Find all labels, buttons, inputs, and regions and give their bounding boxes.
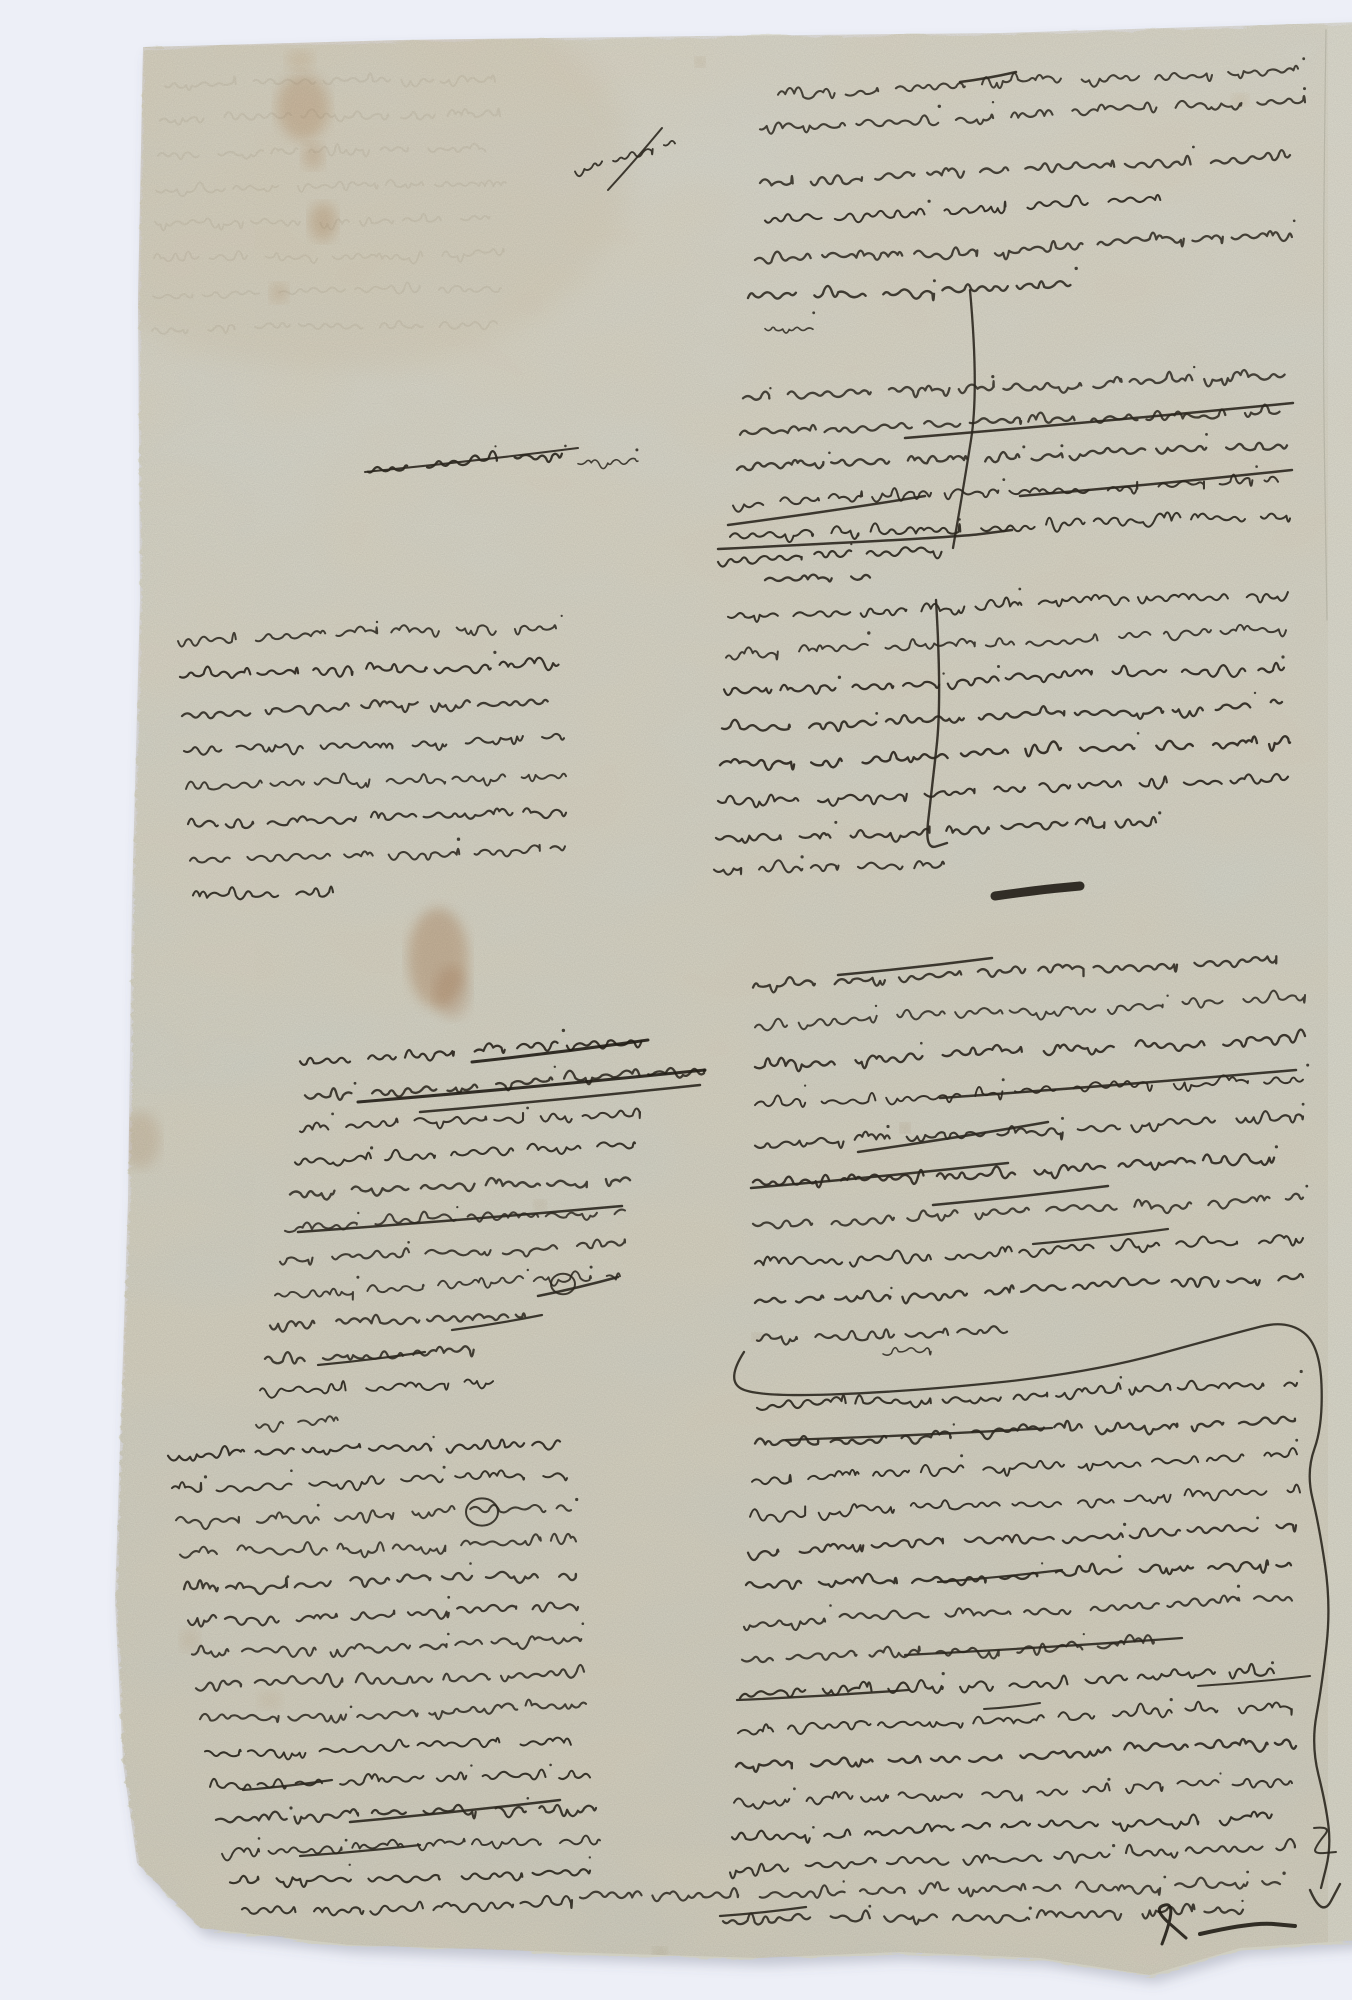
manuscript-scan-page: Scanned handwritten manuscript page (0, 0, 1352, 2000)
manuscript-scan: Scanned handwritten manuscript page (0, 0, 1352, 2000)
paper-grain (100, 0, 1352, 2000)
paper-surface (30, 0, 1352, 2000)
